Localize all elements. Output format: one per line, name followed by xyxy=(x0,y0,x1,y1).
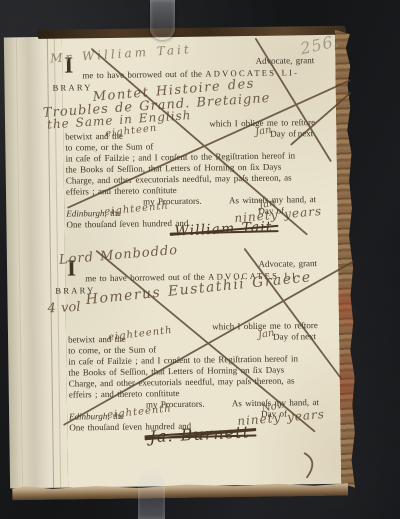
loan-form-1: I Advocate, grant me to have borrowed ou… xyxy=(52,53,317,255)
register-book-page: 256. I Advocate, grant me to have borrow… xyxy=(4,26,357,501)
borrowed-text: me to have borrowed out of the xyxy=(85,272,205,284)
edinburgh-text: Edinburgh, xyxy=(69,411,110,422)
betwixt-text: betwixt and the xyxy=(65,131,123,142)
handwritten-book-title: Troubles de Grand. Bretaigne xyxy=(43,93,271,119)
procurators-text: my Procurators. xyxy=(143,196,202,208)
day-of-text: Day of xyxy=(258,206,284,217)
advocates-library-caps: ADVOCATES LI- xyxy=(205,67,299,78)
holding-strap-bottom xyxy=(138,468,165,519)
page-crease xyxy=(16,37,23,488)
printed-line-one-thousand: One thouſand ſeven hundred and xyxy=(69,419,319,433)
day-of-text: Day of xyxy=(261,409,287,420)
the-text: the xyxy=(110,208,121,218)
loan-form-2: I Advocate, grant me to have borrowed ou… xyxy=(55,256,320,458)
day-of-text: Day of xyxy=(270,128,296,139)
holding-strap-top xyxy=(150,0,175,40)
edinburgh-text: Edinburgh, xyxy=(66,208,107,219)
next-text: next xyxy=(300,331,316,342)
printed-line-brary: BRARY xyxy=(52,79,314,94)
printed-line-brary: BRARY xyxy=(55,282,317,297)
betwixt-text: betwixt and the xyxy=(68,334,126,345)
printed-line-one-thousand: One thouſand ſeven hundred and xyxy=(66,216,316,230)
procurators-text: my Procurators. xyxy=(146,399,205,411)
signature-strike-line xyxy=(144,434,256,438)
day-of-text: Day of xyxy=(273,331,299,342)
next-text: next xyxy=(298,128,314,139)
advocates-library-caps: ADVOCATES LI- xyxy=(208,270,302,281)
borrowed-text: me to have borrowed out of the xyxy=(82,69,202,81)
the-text: the xyxy=(113,411,124,421)
signature-strike-line xyxy=(170,230,279,234)
